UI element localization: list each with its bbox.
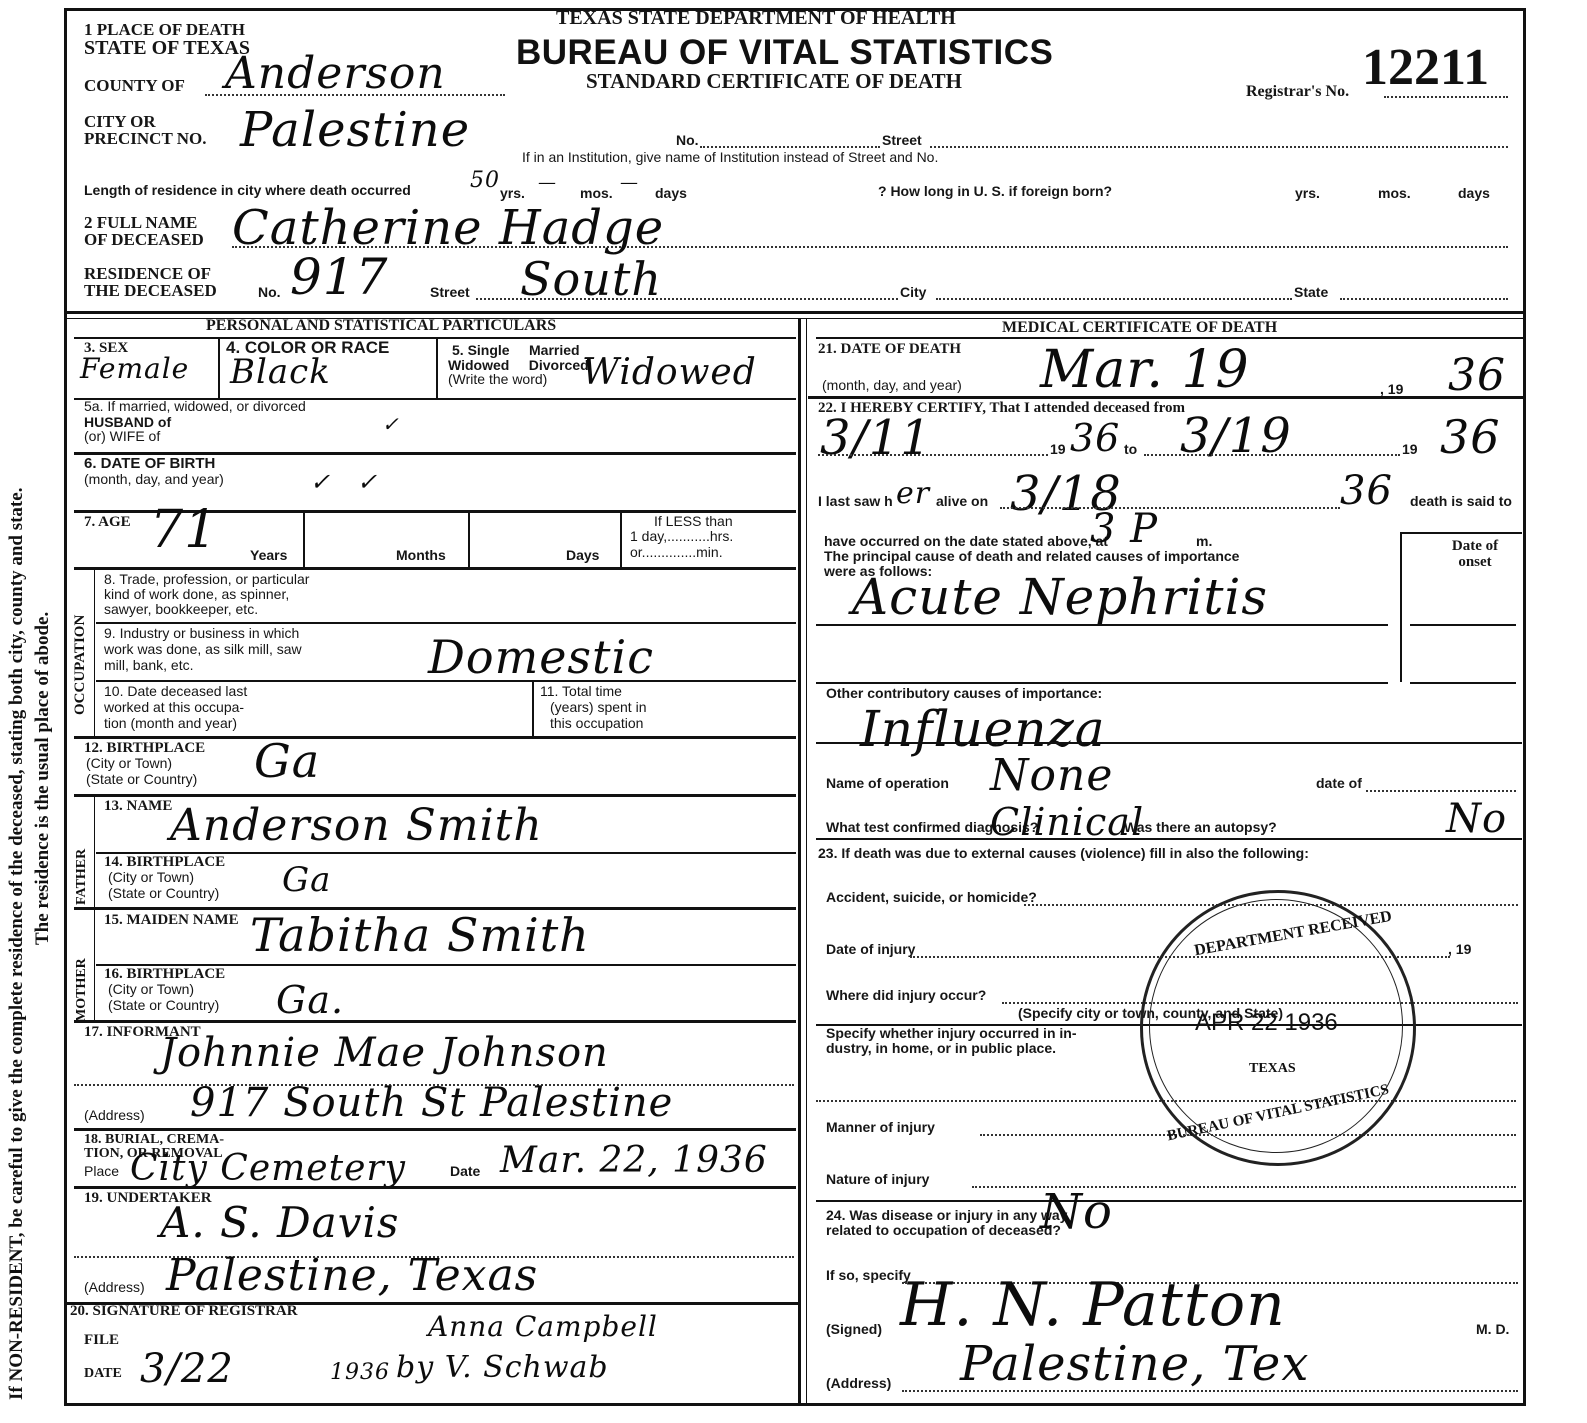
spouse-label-3: (or) WIFE of: [84, 429, 160, 444]
full-name-label-1: 2 FULL NAME: [84, 215, 197, 231]
last-worked-label-2: worked at this occupa-: [104, 700, 244, 715]
department-title: TEXAS STATE DEPARTMENT OF HEALTH: [556, 10, 956, 26]
from-year-value[interactable]: 36: [1070, 416, 1120, 460]
burial-place-value[interactable]: City Cemetery: [130, 1148, 406, 1189]
residence-days[interactable]: —: [620, 172, 639, 193]
foreign-born-label: ? How long in U. S. if foreign born?: [878, 184, 1112, 199]
date-of-operation-label: date of: [1316, 776, 1362, 791]
autopsy-value[interactable]: No: [1446, 796, 1507, 842]
cause-label-1: The principal cause of death and related…: [824, 549, 1239, 564]
trade-label-1: 8. Trade, profession, or particular: [104, 572, 309, 587]
file-date-label: DATE: [84, 1366, 122, 1382]
nature-injury-label: Nature of injury: [826, 1172, 929, 1187]
autopsy-label: Was there an autopsy?: [1124, 820, 1277, 835]
father-birthplace-label-2: (City or Town): [108, 870, 194, 885]
spouse-label-1: 5a. If married, widowed, or divorced: [84, 399, 306, 414]
file-date-value[interactable]: 3/22: [140, 1346, 234, 1392]
dod-year-value[interactable]: 36: [1448, 350, 1506, 401]
industry-label-3: mill, bank, etc.: [104, 658, 193, 673]
residence-years[interactable]: 50: [470, 168, 500, 193]
residence-no-value[interactable]: 917: [290, 248, 388, 306]
total-time-label-1: 11. Total time: [540, 684, 622, 699]
undertaker-name-value[interactable]: A. S. Davis: [160, 1198, 399, 1247]
city-label-1: CITY OR: [84, 114, 156, 130]
last-worked-label-3: tion (month and year): [104, 716, 237, 731]
occupation-related-label-1: 24. Was disease or injury in any way: [826, 1208, 1067, 1223]
father-birthplace-value[interactable]: Ga: [282, 860, 331, 900]
institution-note: If in an Institution, give name of Insti…: [522, 150, 938, 165]
birthplace-label-3: (State or Country): [86, 772, 197, 787]
full-name-label-2: OF DECEASED: [84, 232, 204, 248]
accident-label: Accident, suicide, or homicide?: [826, 890, 1037, 905]
mother-birthplace-label-3: (State or Country): [108, 998, 219, 1013]
whether-injury-label-1: Specify whether injury occurred in in-: [826, 1026, 1077, 1041]
city-value[interactable]: Palestine: [240, 102, 470, 158]
less-than-label-2: 1 day,...........hrs.: [630, 529, 733, 544]
burial-date-value[interactable]: Mar. 22, 1936: [500, 1140, 768, 1181]
age-label: 7. AGE: [84, 514, 131, 530]
days2-label: days: [1458, 186, 1490, 201]
onset-label: Date of onset: [1440, 538, 1510, 570]
attended-from-value[interactable]: 3/11: [820, 410, 932, 466]
whether-injury-label-2: dustry, in home, or in public place.: [826, 1041, 1056, 1056]
mother-maiden-label: 15. MAIDEN NAME: [104, 912, 239, 928]
county-value[interactable]: Anderson: [225, 48, 446, 99]
undertaker-address-label: (Address): [84, 1280, 145, 1295]
burial-date-label: Date: [450, 1164, 480, 1179]
where-injury-label: Where did injury occur?: [826, 988, 986, 1003]
burial-place-label: Place: [84, 1164, 119, 1179]
trade-label-2: kind of work done, as spinner,: [104, 587, 289, 602]
mos2-label: mos.: [1378, 186, 1411, 201]
last-saw-pronoun[interactable]: er: [896, 476, 930, 511]
dod-value[interactable]: Mar. 19: [1040, 340, 1250, 400]
months-label: Months: [396, 548, 446, 563]
time-value[interactable]: 3 P: [1090, 506, 1158, 552]
dod-label-1: 21. DATE OF DEATH: [818, 341, 961, 357]
last-saw-label: I last saw h: [818, 494, 893, 509]
file-label: FILE: [84, 1332, 119, 1348]
residence-street-label: Street: [430, 285, 470, 300]
city-label-2: PRECINCT NO.: [84, 131, 206, 147]
mother-birthplace-label-2: (City or Town): [108, 982, 194, 997]
occurred-label: have occurred on the date stated above, …: [824, 534, 1108, 549]
last-saw-year-value[interactable]: 36: [1340, 468, 1393, 514]
manner-injury-label: Manner of injury: [826, 1120, 935, 1135]
residence-length-label: Length of residence in city where death …: [84, 183, 411, 198]
alive-on-label: alive on: [936, 494, 988, 509]
sex-value[interactable]: Female: [80, 352, 189, 385]
registrar-by-value[interactable]: by V. Schwab: [396, 1350, 609, 1385]
occupation-related-value[interactable]: No: [1040, 1184, 1113, 1240]
mother-side-label: MOTHER: [74, 958, 90, 1022]
residence-no-label: No.: [258, 285, 281, 300]
physician-address-label: (Address): [826, 1376, 891, 1391]
undertaker-address-value[interactable]: Palestine, Texas: [166, 1250, 538, 1301]
yrs-label: yrs.: [500, 186, 525, 201]
father-name-value[interactable]: Anderson Smith: [170, 800, 543, 851]
industry-label-1: 9. Industry or business in which: [104, 626, 299, 641]
total-time-label-2: (years) spent in: [550, 700, 646, 715]
father-birthplace-label-1: 14. BIRTHPLACE: [104, 854, 225, 870]
residence-label-1: RESIDENCE OF: [84, 266, 211, 282]
mother-birthplace-label-1: 16. BIRTHPLACE: [104, 966, 225, 982]
dob-value[interactable]: ✓ ✓: [310, 468, 378, 496]
marital-value[interactable]: Widowed: [582, 352, 757, 393]
registrar-signature-value[interactable]: Anna Campbell: [428, 1310, 658, 1343]
race-value[interactable]: Black: [230, 352, 331, 392]
total-time-label-3: this occupation: [550, 716, 643, 731]
personal-section-title: PERSONAL AND STATISTICAL PARTICULARS: [206, 318, 556, 334]
years-label: Years: [250, 548, 287, 563]
medical-section-title: MEDICAL CERTIFICATE OF DEATH: [1002, 320, 1277, 336]
less-than-label-1: If LESS than: [654, 514, 733, 529]
received-stamp: DEPARTMENT RECEIVED APR 22 1936 TEXAS BU…: [1140, 890, 1416, 1166]
informant-address-label: (Address): [84, 1108, 145, 1123]
operation-label: Name of operation: [826, 776, 949, 791]
occupation-side-label: OCCUPATION: [72, 615, 89, 715]
last-worked-label-1: 10. Date deceased last: [104, 684, 247, 699]
if-so-label: If so, specify: [826, 1268, 911, 1283]
bureau-title: BUREAU OF VITAL STATISTICS: [516, 33, 1053, 73]
yrs2-label: yrs.: [1295, 186, 1320, 201]
father-name-label: 13. NAME: [104, 798, 172, 814]
certificate-title: STANDARD CERTIFICATE OF DEATH: [586, 73, 962, 89]
birthplace-label-2: (City or Town): [86, 756, 172, 771]
m-label: m.: [1196, 534, 1212, 549]
mother-maiden-value[interactable]: Tabitha Smith: [250, 908, 590, 962]
principal-cause-value[interactable]: Acute Nephritis: [852, 568, 1268, 626]
industry-value[interactable]: Domestic: [428, 630, 654, 684]
no-label: No.: [676, 133, 699, 148]
street-label: Street: [882, 133, 922, 148]
signed-label: (Signed): [826, 1322, 882, 1337]
md-label: M. D.: [1476, 1322, 1509, 1337]
age-years-value[interactable]: 71: [150, 500, 218, 560]
less-than-label-3: or..............min.: [630, 545, 723, 560]
spouse-value[interactable]: ✓: [382, 412, 400, 436]
from-year-prefix: 19: [1050, 442, 1066, 457]
father-birthplace-label-3: (State or Country): [108, 886, 219, 901]
mos-label: mos.: [580, 186, 613, 201]
injury-date-label: Date of injury: [826, 942, 915, 957]
stamp-state: TEXAS: [1249, 1061, 1296, 1077]
birthplace-label-1: 12. BIRTHPLACE: [84, 740, 205, 756]
father-side-label: FATHER: [74, 849, 90, 905]
days-label: days: [655, 186, 687, 201]
side-note-line1: If NON-RESIDENT, be careful to give the …: [6, 488, 28, 1400]
external-causes-label: 23. If death was due to external causes …: [818, 846, 1309, 861]
stamp-date: APR 22 1936: [1195, 1009, 1338, 1037]
dod-year-prefix: , 19: [1380, 382, 1403, 397]
injury-year-label: , 19: [1448, 942, 1471, 957]
physician-address-value[interactable]: Palestine, Tex: [960, 1336, 1309, 1392]
mother-birthplace-value[interactable]: Ga.: [276, 978, 344, 1022]
place-of-death-label: 1 PLACE OF DEATH: [84, 22, 245, 38]
residence-city-label: City: [900, 285, 926, 300]
residence-state-label: State: [1294, 285, 1328, 300]
registrar-number: 12211: [1362, 38, 1489, 97]
dob-label-2: (month, day, and year): [84, 472, 224, 487]
registrar-label: 20. SIGNATURE OF REGISTRAR: [70, 1303, 298, 1319]
to-year-prefix: 19: [1402, 442, 1418, 457]
physician-signature-value[interactable]: H. N. Patton: [900, 1270, 1286, 1340]
registrar-no-label: Registrar's No.: [1246, 84, 1349, 100]
side-note-line2: The residence is the usual place of abod…: [32, 612, 54, 945]
file-year-value[interactable]: 1936: [330, 1360, 390, 1385]
to-year-value[interactable]: 36: [1440, 410, 1501, 464]
occupation-related-label-2: related to occupation of deceased?: [826, 1223, 1061, 1238]
residence-label-2: THE DECEASED: [84, 283, 217, 299]
death-said-label: death is said to: [1410, 494, 1512, 509]
to-label: to: [1124, 442, 1137, 457]
county-label: COUNTY OF: [84, 78, 185, 94]
other-causes-label: Other contributory causes of importance:: [826, 686, 1102, 701]
marital-label-1: 5. Single Married: [452, 342, 580, 358]
operation-value[interactable]: None: [990, 750, 1113, 801]
residence-months[interactable]: —: [538, 172, 557, 193]
birthplace-value[interactable]: Ga: [254, 734, 320, 788]
informant-address-value[interactable]: 917 South St Palestine: [190, 1080, 673, 1126]
days-age-label: Days: [566, 548, 599, 563]
dod-label-2: (month, day, and year): [822, 378, 962, 393]
marital-label-3: (Write the word): [448, 372, 547, 387]
informant-name-value[interactable]: Johnnie Mae Johnson: [160, 1030, 609, 1076]
trade-label-3: sawyer, bookkeeper, etc.: [104, 602, 258, 617]
industry-label-2: work was done, as silk mill, saw: [104, 642, 302, 657]
dob-label-1: 6. DATE OF BIRTH: [84, 456, 215, 472]
